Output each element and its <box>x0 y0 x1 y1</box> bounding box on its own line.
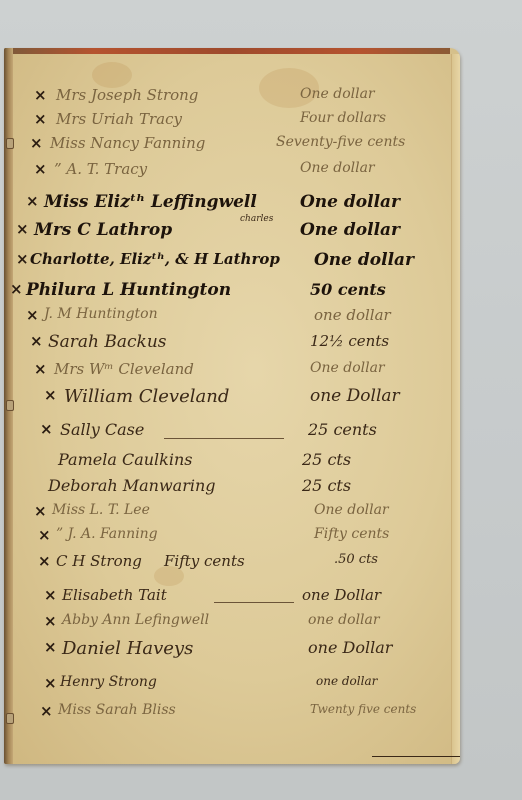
entry-amount: One dollar <box>300 160 375 176</box>
ledger-entry: × Sally Case 25 cents <box>4 420 460 448</box>
ledger-entry: × J. M Huntington one dollar <box>4 306 460 334</box>
check-mark-icon: × <box>40 702 53 720</box>
entry-name: Mrs Joseph Strong <box>56 86 198 104</box>
check-mark-icon: × <box>44 674 57 692</box>
entry-name: Sally Case <box>60 420 144 439</box>
check-mark-icon: × <box>38 552 51 570</box>
entry-name: Philura L Huntington <box>26 280 231 300</box>
check-mark-icon: × <box>38 526 51 544</box>
entry-name: Charlotte, Elizᵗʰ, & H Lathrop <box>30 250 280 268</box>
entry-amount: one Dollar <box>310 386 400 406</box>
check-mark-icon: × <box>34 160 47 178</box>
entry-amount: one Dollar <box>308 638 392 657</box>
entry-name: William Cleveland <box>64 386 229 407</box>
ledger-entry: × Mrs Wᵐ Cleveland One dollar <box>4 360 460 388</box>
entry-amount: 25 cents <box>308 420 377 439</box>
check-mark-icon: × <box>44 612 57 630</box>
entry-name: Miss L. T. Lee <box>52 502 150 518</box>
ledger-entry: × Elisabeth Tait one Dollar <box>4 586 460 614</box>
entry-name: Miss Sarah Bliss <box>58 702 176 718</box>
check-mark-icon: × <box>34 86 47 104</box>
check-mark-icon: × <box>44 386 57 404</box>
check-mark-icon: × <box>30 332 43 350</box>
entry-name: C H Strong <box>56 552 142 570</box>
leader-dash <box>164 438 284 439</box>
ledger-entry: × Mrs C Lathrop charles One dollar <box>4 220 460 248</box>
ledger-entry: × Philura L Huntington 50 cents <box>4 280 460 308</box>
check-mark-icon: × <box>40 420 53 438</box>
entry-amount: Twenty five cents <box>310 702 416 716</box>
entry-name: Abby Ann Lefingwell <box>62 612 209 628</box>
ledger-entry: × Henry Strong one dollar <box>4 674 460 702</box>
ledger-entry: × Abby Ann Lefingwell one dollar <box>4 612 460 640</box>
entry-amount: .50 cts <box>334 552 378 567</box>
entry-amount: One dollar <box>310 360 385 376</box>
check-mark-icon: × <box>26 306 39 324</box>
ledger-entries: × Mrs Joseph Strong One dollar × Mrs Uri… <box>4 48 460 764</box>
ledger-entry: × Sarah Backus 12½ cents <box>4 332 460 360</box>
check-mark-icon: × <box>26 192 39 210</box>
check-mark-icon: × <box>16 220 29 238</box>
ledger-entry: × William Cleveland one Dollar <box>4 386 460 414</box>
leader-dash <box>214 602 294 603</box>
ledger-entry: × Miss Elizᵗʰ Leffingwell One dollar <box>4 192 460 220</box>
total-rule <box>372 756 460 757</box>
check-mark-icon: × <box>44 638 57 656</box>
entry-amount: 25 cts <box>302 476 351 495</box>
entry-name: Mrs Wᵐ Cleveland <box>54 360 194 378</box>
entry-name: J. M Huntington <box>44 306 158 322</box>
ledger-page: × Mrs Joseph Strong One dollar × Mrs Uri… <box>4 48 460 764</box>
entry-amount: One dollar <box>300 192 400 212</box>
entry-amount: One dollar <box>314 250 414 270</box>
ledger-entry: Deborah Manwaring 25 cts <box>4 476 460 504</box>
check-mark-icon: × <box>34 502 47 520</box>
ledger-entry: × Miss Nancy Fanning Seventy-five cents <box>4 134 460 162</box>
entry-amount: 25 cts <box>302 450 351 469</box>
ledger-entry: × C H Strong Fifty cents .50 cts <box>4 552 460 580</box>
entry-amount: Four dollars <box>300 110 386 126</box>
entry-name: Mrs Uriah Tracy <box>56 110 182 128</box>
entry-name: ” J. A. Fanning <box>56 526 158 542</box>
entry-amount: One dollar <box>314 502 389 518</box>
entry-name: Elisabeth Tait <box>62 586 167 604</box>
check-mark-icon: × <box>34 360 47 378</box>
entry-amount: One dollar <box>300 86 375 102</box>
entry-amount: one dollar <box>308 612 380 628</box>
ledger-entry: × Charlotte, Elizᵗʰ, & H Lathrop One dol… <box>4 250 460 278</box>
check-mark-icon: × <box>10 280 23 298</box>
entry-amount: one dollar <box>316 674 377 688</box>
entry-name: Sarah Backus <box>48 332 167 352</box>
ledger-entry: × ” J. A. Fanning Fifty cents <box>4 526 460 554</box>
entry-name: Henry Strong <box>60 674 157 690</box>
check-mark-icon: × <box>34 110 47 128</box>
entry-amount: One dollar <box>300 220 400 240</box>
entry-name: Daniel Haveys <box>62 638 193 659</box>
entry-name: Deborah Manwaring <box>48 476 216 495</box>
entry-amount: 12½ cents <box>310 332 389 350</box>
ledger-entry: × Miss Sarah Bliss Twenty five cents <box>4 702 460 730</box>
entry-amount: Seventy-five cents <box>276 134 405 150</box>
entry-name: Miss Elizᵗʰ Leffingwell <box>44 192 257 212</box>
entry-amount: Fifty cents <box>314 526 389 542</box>
check-mark-icon: × <box>44 586 57 604</box>
entry-name: Pamela Caulkins <box>58 450 193 469</box>
entry-name: Miss Nancy Fanning <box>50 134 205 152</box>
ledger-entry: Pamela Caulkins 25 cts <box>4 450 460 478</box>
entry-amount: one dollar <box>314 306 391 324</box>
check-mark-icon: × <box>16 250 29 268</box>
entry-name: Mrs C Lathrop <box>34 220 172 240</box>
entry-annotation: charles <box>240 214 273 224</box>
ledger-entry: × Daniel Haveys one Dollar <box>4 638 460 666</box>
ledger-entry: × ” A. T. Tracy One dollar <box>4 160 460 188</box>
entry-amount-inline: Fifty cents <box>164 552 245 570</box>
check-mark-icon: × <box>30 134 43 152</box>
entry-amount: 50 cents <box>310 280 386 299</box>
entry-name: ” A. T. Tracy <box>54 160 147 178</box>
entry-amount: one Dollar <box>302 586 381 604</box>
